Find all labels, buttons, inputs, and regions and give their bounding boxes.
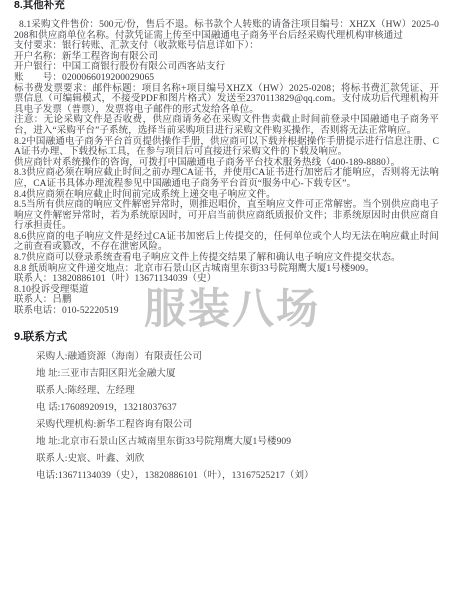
paragraph: 支付要求：银行转账、汇款支付（收款账号信息详如下）： bbox=[14, 41, 439, 52]
document-content: 8.其他补充 8.1采购文件售价：500元/份，售后不退。标书款个人转账的请备注… bbox=[14, 0, 439, 481]
paragraph: 8.6供应商的电子响应文件是经过CA证书加密后上传提交的，任何单位或个人均无法在… bbox=[14, 232, 439, 253]
paragraph: 8.10投诉受理渠道 bbox=[14, 285, 439, 296]
paragraph: 电 话:17608920919，13218037637 bbox=[36, 404, 439, 414]
paragraph: 8.3供应商必须在响应截止时间之前办理CA证书，并使用CA证书进行加密后才能响应… bbox=[14, 168, 439, 189]
paragraph: 8.4供应商须在响应截止时间前完成系统上递交电子响应文件。 bbox=[14, 190, 439, 201]
document-page: 服装八场 8.其他补充 8.1采购文件售价：500元/份，售后不退。标书款个人转… bbox=[0, 0, 450, 600]
paragraph: 联系人:陈经理、左经理 bbox=[36, 387, 439, 397]
section-heading: 9.联系方式 bbox=[14, 328, 439, 344]
section-heading: 8.其他补充 bbox=[14, 0, 439, 12]
paragraph: 开户名称：新华工程咨询有限公司 bbox=[14, 52, 439, 63]
paragraph: 注意：无论采购文件是否收费，供应商请务必在采购文件售卖截止时间前登录中国融通电子… bbox=[14, 115, 439, 136]
section-paragraphs: 8.1采购文件售价：500元/份，售后不退。标书款个人转账的请备注项目编号：XH… bbox=[14, 20, 439, 317]
paragraph: 地 址:北京市石景山区古城南里东街33号院翔鹰大厦1号楼909 bbox=[36, 438, 439, 448]
paragraph: 联系人:史宸、叶鑫、刘欣 bbox=[36, 455, 439, 465]
paragraph: 联系电话：010-52220519 bbox=[14, 306, 439, 317]
paragraph: 8.2中国融通电子商务平台首页提供操作手册，供应商可以下载并根据操作手册提示进行… bbox=[14, 137, 439, 158]
paragraph: 联系人：吕鹏 bbox=[14, 295, 439, 306]
paragraph: 8.5当所有供应商的响应文件解密异常时，则推迟唱价，直至响应文件可正常解密。当个… bbox=[14, 200, 439, 232]
paragraph: 采购代理机构:新华工程咨询有限公司 bbox=[36, 421, 439, 431]
paragraph: 采购人:融通资源（海南）有限责任公司 bbox=[36, 353, 439, 363]
paragraph: 标书费发票要求：邮件标题：项目名称+项目编号XHZX（HW）2025-0208；… bbox=[14, 84, 439, 116]
paragraph: 电话:13671134039（史），13820886101（叶），1316752… bbox=[36, 472, 439, 482]
paragraph: 联系人：13820886101（叶）13671134039（史） bbox=[14, 274, 439, 285]
section-contact-info: 9.联系方式 采购人:融通资源（海南）有限责任公司地 址:三亚市吉阳区阳光金融大… bbox=[14, 328, 439, 482]
section-paragraphs: 采购人:融通资源（海南）有限责任公司地 址:三亚市吉阳区阳光金融大厦联系人:陈经… bbox=[14, 353, 439, 482]
paragraph: 账 号：0200066019200029065 bbox=[14, 73, 439, 84]
paragraph: 8.1采购文件售价：500元/份，售后不退。标书款个人转账的请备注项目编号：XH… bbox=[14, 20, 439, 41]
section-other-supplements: 8.其他补充 8.1采购文件售价：500元/份，售后不退。标书款个人转账的请备注… bbox=[14, 0, 439, 317]
paragraph: 地 址:三亚市吉阳区阳光金融大厦 bbox=[36, 370, 439, 380]
paragraph: 开户银行：中国工商银行股份有限公司西客站支行 bbox=[14, 62, 439, 73]
paragraph: 供应商针对系统操作的咨询，可拨打中国融通电子商务平台技术服务热线（400-189… bbox=[14, 158, 439, 169]
paragraph: 8.7供应商可以登录系统查看电子响应文件上传提交结果了解和确认电子响应文件提交状… bbox=[14, 253, 439, 264]
paragraph: 8.8 纸质响应文件递交地点：北京市石景山区古城南里东街33号院翔鹰大厦1号楼9… bbox=[14, 264, 439, 275]
